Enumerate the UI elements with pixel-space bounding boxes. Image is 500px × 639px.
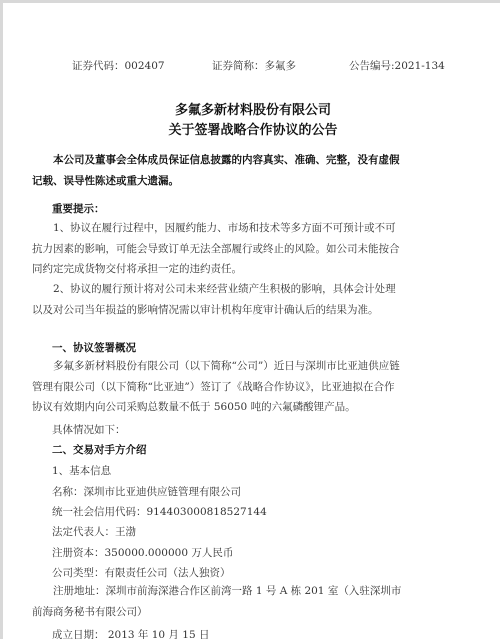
important-notice-item-2: 2、协议的履行预计将对公司未来经营业绩产生积极的影响，具体会计处理以及对公司当年… (32, 279, 402, 320)
establishment-date: 成立日期： 2013 年 10 月 15 日 (52, 627, 209, 639)
stock-abbreviation: 证券简称：多氟多 (212, 58, 296, 73)
details-intro: 具体情况如下： (52, 422, 126, 437)
important-notice-item-1: 1、协议在履行过程中，因履约能力、市场和技术等多方面不可预计或不可抗力因素的影响… (32, 218, 402, 280)
legal-representative: 法定代表人：王渤 (52, 524, 136, 539)
registered-capital: 注册资本：350000.000000 万人民币 (52, 545, 233, 560)
document-page: 证券代码：002407 证券简称：多氟多 公告编号:2021-134 多氟多新材… (0, 0, 500, 639)
stock-code: 证券代码：002407 (72, 58, 165, 73)
section-1-body: 多氟多新材料股份有限公司（以下简称“公司”）近日与深圳市比亚迪供应链管理有限公司… (32, 356, 402, 418)
section-1-heading: 一、协议签署概况 (52, 340, 136, 355)
company-title: 多氟多新材料股份有限公司 (3, 99, 500, 118)
section-2-heading: 二、交易对手方介绍 (52, 442, 147, 457)
basic-info-subheading: 1、基本信息 (52, 463, 111, 478)
important-notice-heading: 重要提示： (52, 201, 105, 216)
disclaimer: 本公司及董事会全体成员保证信息披露的内容真实、准确、完整，没有虚假记载、误导性陈… (32, 150, 402, 191)
announcement-title: 关于签署战略合作协议的公告 (3, 119, 500, 138)
counterparty-name: 名称：深圳市比亚迪供应链管理有限公司 (52, 484, 241, 499)
registered-address: 注册地址：深圳市前海深港合作区前湾一路 1 号 A 栋 201 室（入驻深圳市前… (32, 581, 402, 622)
announcement-number: 公告编号:2021-134 (349, 58, 445, 73)
credit-code: 统一社会信用代码：91440300081852714​4 (52, 504, 267, 519)
company-type: 公司类型：有限责任公司（法人独资） (52, 565, 231, 580)
